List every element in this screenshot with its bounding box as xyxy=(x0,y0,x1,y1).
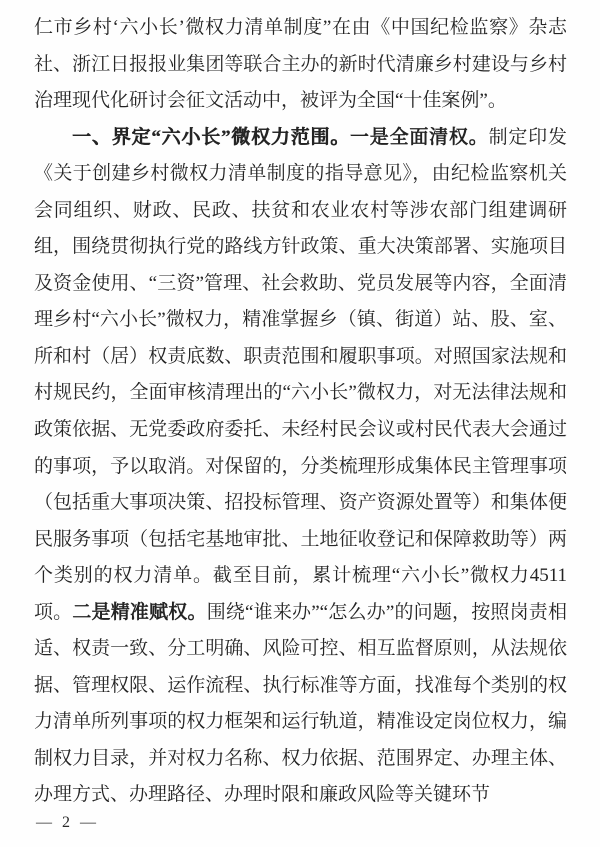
section-heading-text: 一、界定“六小长”微权力范围。 xyxy=(72,127,350,148)
text-segment: 制定印发《关于创建乡村微权力清单制度的指导意见》，由纪检监察机关会同组织、财政、… xyxy=(34,127,567,623)
document-page: 仁市乡村‘六小长’微权力清单制度”在由《中国纪检监察》杂志社、浙江日报报业集团等… xyxy=(0,0,600,847)
document-body: 仁市乡村‘六小长’微权力清单制度”在由《中国纪检监察》杂志社、浙江日报报业集团等… xyxy=(34,10,567,814)
paragraph-section-one: 一、界定“六小长”微权力范围。一是全面清权。制定印发《关于创建乡村微权力清单制度… xyxy=(34,120,567,814)
text-segment: 围绕“谁来办”“怎么办”的问题，按照岗责相适、权责一致、分工明确、风险可控、相互… xyxy=(34,602,567,806)
page-number: — 2 — xyxy=(36,812,99,834)
paragraph-continuation: 仁市乡村‘六小长’微权力清单制度”在由《中国纪检监察》杂志社、浙江日报报业集团等… xyxy=(34,10,567,120)
text-segment: 仁市乡村‘六小长’微权力清单制度”在由《中国纪检监察》杂志社、浙江日报报业集团等… xyxy=(34,17,567,111)
bold-text-segment: 一是全面清权。 xyxy=(350,127,489,148)
bold-text-segment: 二是精准赋权。 xyxy=(72,602,206,623)
